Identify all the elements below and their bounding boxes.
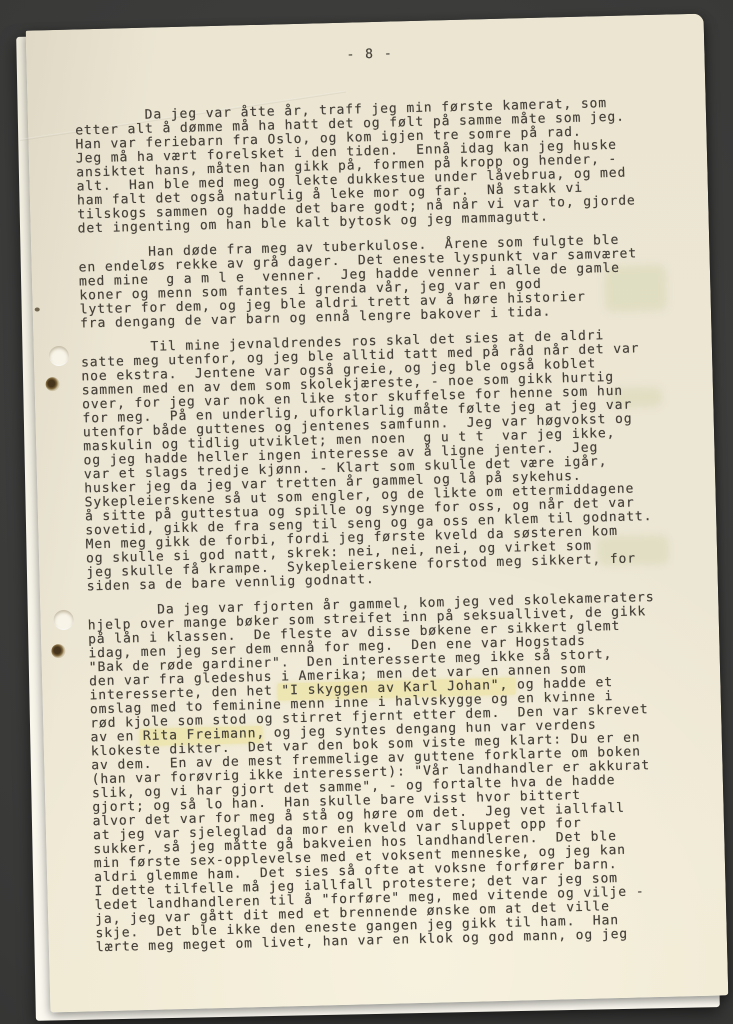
document-page: - 8 - Da jeg var åtte år, traff jeg min … xyxy=(26,14,729,1013)
paragraph: Til mine jevnaldrendes ros skal det sies… xyxy=(81,327,680,594)
scan-background: - 8 - Da jeg var åtte år, traff jeg min … xyxy=(0,0,733,1024)
typewritten-text: Da jeg var åtte år, traff jeg min første… xyxy=(75,96,689,956)
paragraph: Han døde fra meg av tuberkulose. Årene s… xyxy=(78,232,673,331)
page-content: - 8 - Da jeg var åtte år, traff jeg min … xyxy=(26,14,729,1013)
paragraph: Da jeg var fjorten år gammel, kom jeg ve… xyxy=(87,590,689,955)
paragraph: Da jeg var åtte år, traff jeg min første… xyxy=(75,96,671,237)
page-number: - 8 - xyxy=(73,41,666,70)
